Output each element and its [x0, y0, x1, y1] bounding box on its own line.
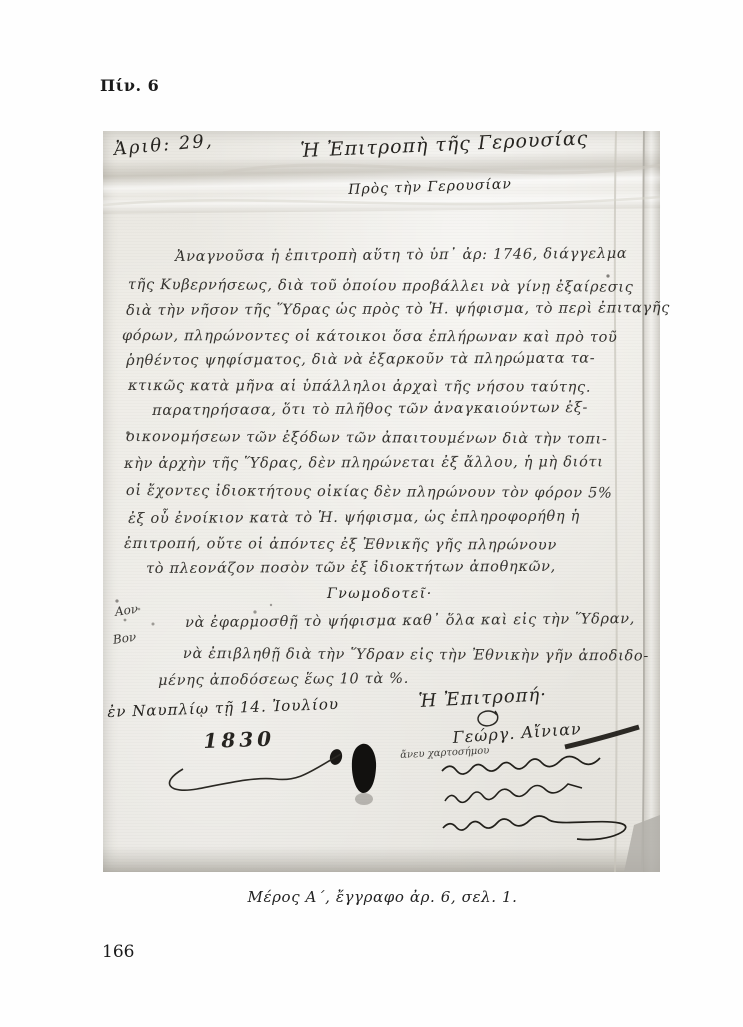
item-marker-b: Βον: [112, 630, 137, 647]
committee-heading: Ἡ Ἐπιτροπή·: [418, 684, 547, 712]
item-marker-a: Αον: [114, 602, 139, 619]
header-line-2: Πρὸς τὴν Γερουσίαν: [348, 176, 512, 198]
body-line: ἐπιτροπή, οὔτε οἱ ἀπόντες ἐξ Ἐθνικῆς γῆς…: [124, 536, 557, 554]
body-line: ῥηθέντος ψηφίσματος, διὰ νὰ ἐξαρκοῦν τὰ …: [126, 351, 595, 369]
dateline: ἐν Ναυπλίῳ τῇ 14. Ἰουλίου: [107, 695, 339, 721]
item-line-cont: μένης ἀποδόσεως ἕως 10 τὰ %.: [158, 671, 409, 689]
speck: [270, 604, 272, 606]
body-line: παρατηρήσασα, ὅτι τὸ πλῆθος τῶν ἀναγκαιο…: [152, 400, 588, 419]
body-line: τὸ πλεονάζον ποσὸν τῶν ἐξ ἰδιοκτήτων ἀπο…: [146, 559, 556, 577]
page-number: 166: [102, 942, 134, 962]
body-line: τῆς Κυβερνήσεως, διὰ τοῦ ὁποίου προβάλλε…: [128, 277, 634, 296]
verdict-word: Γνωμοδοτεῖ·: [327, 586, 433, 602]
item-line-a: νὰ ἐφαρμοσθῇ τὸ ψήφισμα καθ᾽ ὅλα καὶ εἰς…: [185, 611, 635, 631]
body-line: διὰ τὴν νῆσον τῆς Ὕδρας ὡς πρὸς τὸ Ἡ. ψή…: [126, 300, 670, 319]
year: 1830: [203, 726, 275, 752]
body-line: κὴν ἀρχὴν τῆς Ὕδρας, δὲν πληρώνεται ἐξ ἄ…: [124, 454, 604, 472]
speck: [253, 610, 256, 613]
signature-3-scribble: [445, 784, 582, 802]
signature-1: Γεώργ. Αἴνιαν: [452, 719, 582, 747]
plate-label: Πίν. 6: [100, 76, 159, 95]
speck: [606, 274, 609, 277]
plate-caption: Μέρος Α΄, ἔγγραφο ἀρ. 6, σελ. 1.: [22, 888, 743, 906]
ref-number: Ἀριθ: 29,: [113, 130, 214, 160]
speck: [115, 599, 118, 602]
stamp-note: ἄνευ χαρτοσήμου: [400, 745, 490, 761]
ink-blot-smear: [355, 793, 373, 805]
signature-4-scribble: [443, 816, 626, 840]
fold-line: [615, 131, 617, 872]
body-line: Ἀναγνοῦσα ἡ ἐπιτροπὴ αὕτη τὸ ὑπ᾽ ἀρ: 174…: [175, 246, 627, 265]
speck: [124, 619, 127, 622]
wrinkle: [223, 165, 660, 173]
body-line: κτικῶς κατὰ μῆνα αἱ ὑπάλληλοι ἀρχαὶ τῆς …: [128, 378, 591, 396]
manuscript-photo: Ἀριθ: 29, Ἡ Ἐπιτροπὴ τῆς Γερουσίας Πρὸς …: [103, 131, 660, 872]
photo-bottom-shadow: [103, 846, 660, 872]
speck: [152, 623, 155, 626]
book-page: Πίν. 6: [0, 0, 743, 1027]
photo-overlay: [103, 131, 660, 872]
header-line-1: Ἡ Ἐπιτροπὴ τῆς Γερουσίας: [300, 127, 589, 162]
paper-edge-strip: [643, 131, 660, 872]
body-line: ἐξ οὗ ἐνοίκιον κατὰ τὸ Ἡ. ψήφισμα, ὡς ἐπ…: [128, 509, 580, 527]
body-line: οἱ ἔχοντες ἰδιοκτήτους οἰκίας δὲν πληρών…: [126, 483, 613, 502]
committee-flourish: [478, 711, 498, 726]
body-line: οικονομήσεων τῶν ἐξόδων τῶν ἀπαιτουμένων…: [126, 429, 608, 448]
wrinkle: [103, 197, 660, 205]
signature-2-scribble: [442, 757, 600, 775]
item-line-b: νὰ ἐπιβληθῇ διὰ τὴν Ὕδραν εἰς τὴν Ἐθνικὴ…: [183, 646, 649, 664]
ink-blot-small: [328, 748, 344, 766]
year-flourish: [169, 754, 341, 790]
ink-blot: [352, 744, 376, 793]
body-line: φόρων, πληρώνοντες οἱ κάτοικοι ὅσα ἐπλήρ…: [122, 328, 618, 346]
